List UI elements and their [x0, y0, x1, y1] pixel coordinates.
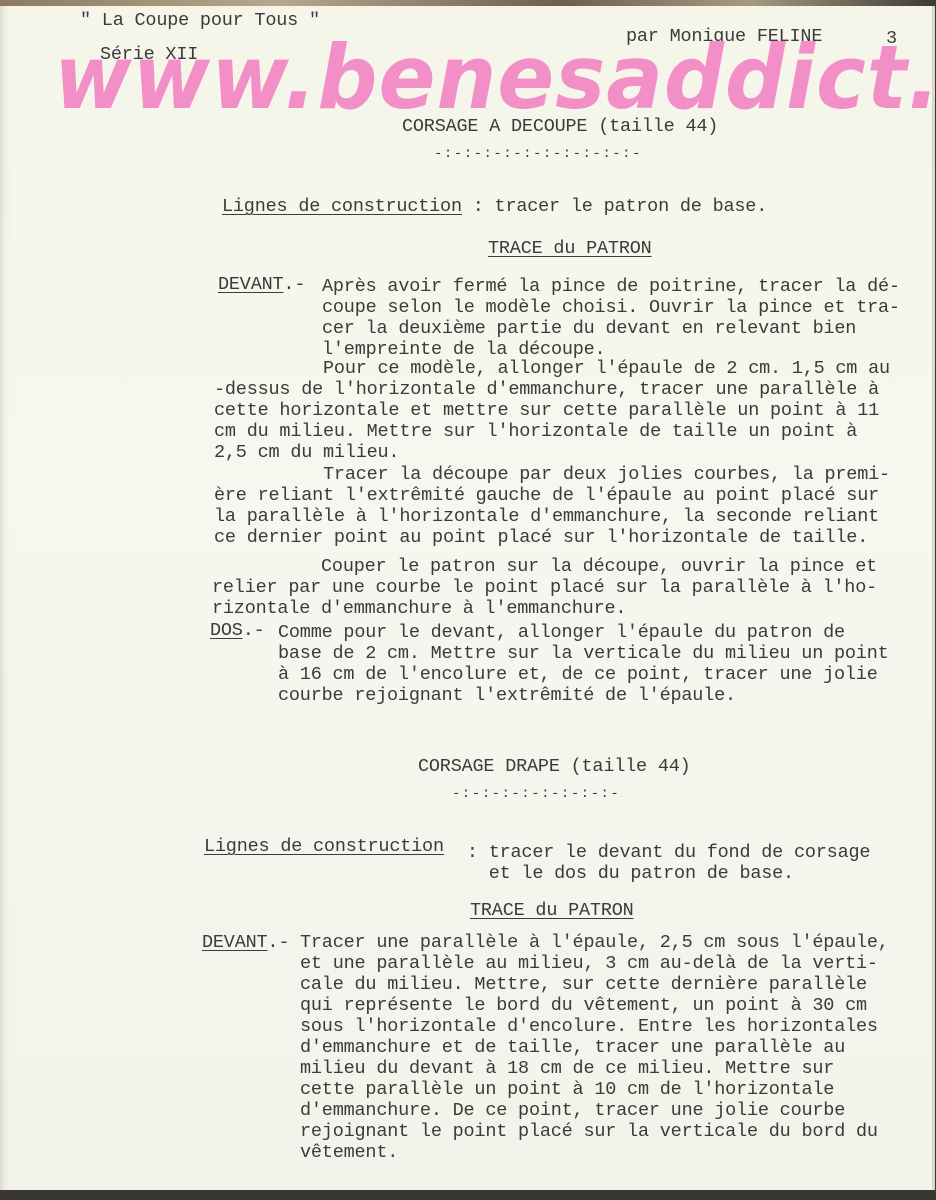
text-line: base de 2 cm. Mettre sur la verticale du…: [278, 643, 889, 664]
watermark: www.benesaddict.fr: [54, 26, 936, 129]
text-line: coupe selon le modèle choisi. Ouvrir la …: [322, 297, 900, 318]
text-line: vêtement.: [300, 1142, 889, 1163]
construction-label: Lignes de construction: [222, 196, 462, 217]
section1-devant-paragraph: Après avoir fermé la pince de poitrine, …: [322, 276, 900, 360]
section1-trace-heading: TRACE du PATRON: [488, 238, 652, 259]
section1-devant-label: DEVANT.-: [218, 274, 305, 295]
text-line: ce dernier point au point placé sur l'ho…: [214, 527, 890, 548]
section2-construction-text: : tracer le devant du fond de corsage et…: [456, 842, 870, 884]
text-line: courbe rejoignant l'extrêmité de l'épaul…: [278, 685, 889, 706]
text-line: Tracer une parallèle à l'épaule, 2,5 cm …: [300, 932, 889, 953]
text-line: 2,5 cm du milieu.: [214, 442, 890, 463]
section2-devant-paragraph: Tracer une parallèle à l'épaule, 2,5 cm …: [300, 932, 889, 1163]
dos-suffix: .-: [243, 620, 265, 641]
text-line: ère reliant l'extrêmité gauche de l'épau…: [214, 485, 890, 506]
text-line: d'emmanchure. De ce point, tracer une jo…: [300, 1100, 889, 1121]
section1-dos-paragraph: Comme pour le devant, allonger l'épaule …: [278, 622, 889, 706]
text-line: milieu du devant à 18 cm de ce milieu. M…: [300, 1058, 889, 1079]
devant-suffix: .-: [283, 274, 305, 295]
text-line: Pour ce modèle, allonger l'épaule de 2 c…: [214, 358, 890, 379]
section1-paragraph-3: Tracer la découpe par deux jolies courbe…: [214, 464, 890, 548]
section1-paragraph-2: Pour ce modèle, allonger l'épaule de 2 c…: [214, 358, 890, 463]
text-line: relier par une courbe le point placé sur…: [212, 577, 877, 598]
construction-label: Lignes de construction: [204, 836, 444, 857]
text-line: cm du milieu. Mettre sur l'horizontale d…: [214, 421, 890, 442]
devant-label: DEVANT: [202, 932, 267, 953]
text-line: Tracer la découpe par deux jolies courbe…: [214, 464, 890, 485]
text-line: rejoignant le point placé sur la vertica…: [300, 1121, 889, 1142]
text-line: la parallèle à l'horizontale d'emmanchur…: [214, 506, 890, 527]
text-line: cette horizontale et mettre sur cette pa…: [214, 400, 890, 421]
devant-suffix: .-: [267, 932, 289, 953]
text-line: l'empreinte de la découpe.: [322, 339, 900, 360]
text-line: cette parallèle un point à 10 cm de l'ho…: [300, 1079, 889, 1100]
text-line: rizontale d'emmanchure à l'emmanchure.: [212, 598, 877, 619]
page-top-edge: [0, 0, 936, 6]
text-line: qui représente le bord du vêtement, un p…: [300, 995, 889, 1016]
text-line: : tracer le devant du fond de corsage: [456, 842, 870, 863]
document-page: " La Coupe pour Tous " Série XII par Mon…: [0, 4, 935, 1192]
text-line: cale du milieu. Mettre, sur cette derniè…: [300, 974, 889, 995]
text-line: Après avoir fermé la pince de poitrine, …: [322, 276, 900, 297]
text-line: Couper le patron sur la découpe, ouvrir …: [212, 556, 877, 577]
text-line: et le dos du patron de base.: [456, 863, 870, 884]
section2-construction-label: Lignes de construction: [204, 836, 444, 857]
page-bottom-edge: [0, 1190, 936, 1200]
section1-construction: Lignes de construction : tracer le patro…: [222, 196, 767, 217]
section1-paragraph-4: Couper le patron sur la découpe, ouvrir …: [212, 556, 877, 619]
section1-dos-label: DOS.-: [210, 620, 265, 641]
text-line: et une parallèle au milieu, 3 cm au-delà…: [300, 953, 889, 974]
section1-separator: -:-:-:-:-:-:-:-:-:-:-: [434, 146, 642, 162]
devant-label: DEVANT: [218, 274, 283, 295]
text-line: -dessus de l'horizontale d'emmanchure, t…: [214, 379, 890, 400]
dos-label: DOS: [210, 620, 243, 641]
text-line: d'emmanchure et de taille, tracer une pa…: [300, 1037, 889, 1058]
text-line: cer la deuxième partie du devant en rele…: [322, 318, 900, 339]
section2-title: CORSAGE DRAPE (taille 44): [418, 756, 691, 777]
section2-separator: -:-:-:-:-:-:-:-:-: [452, 786, 620, 802]
section2-devant-label: DEVANT.-: [202, 932, 289, 953]
text-line: à 16 cm de l'encolure et, de ce point, t…: [278, 664, 889, 685]
text-line: Comme pour le devant, allonger l'épaule …: [278, 622, 889, 643]
text-line: sous l'horizontale d'encolure. Entre les…: [300, 1016, 889, 1037]
construction-text: : tracer le patron de base.: [462, 196, 767, 217]
section2-trace-heading: TRACE du PATRON: [470, 900, 634, 921]
